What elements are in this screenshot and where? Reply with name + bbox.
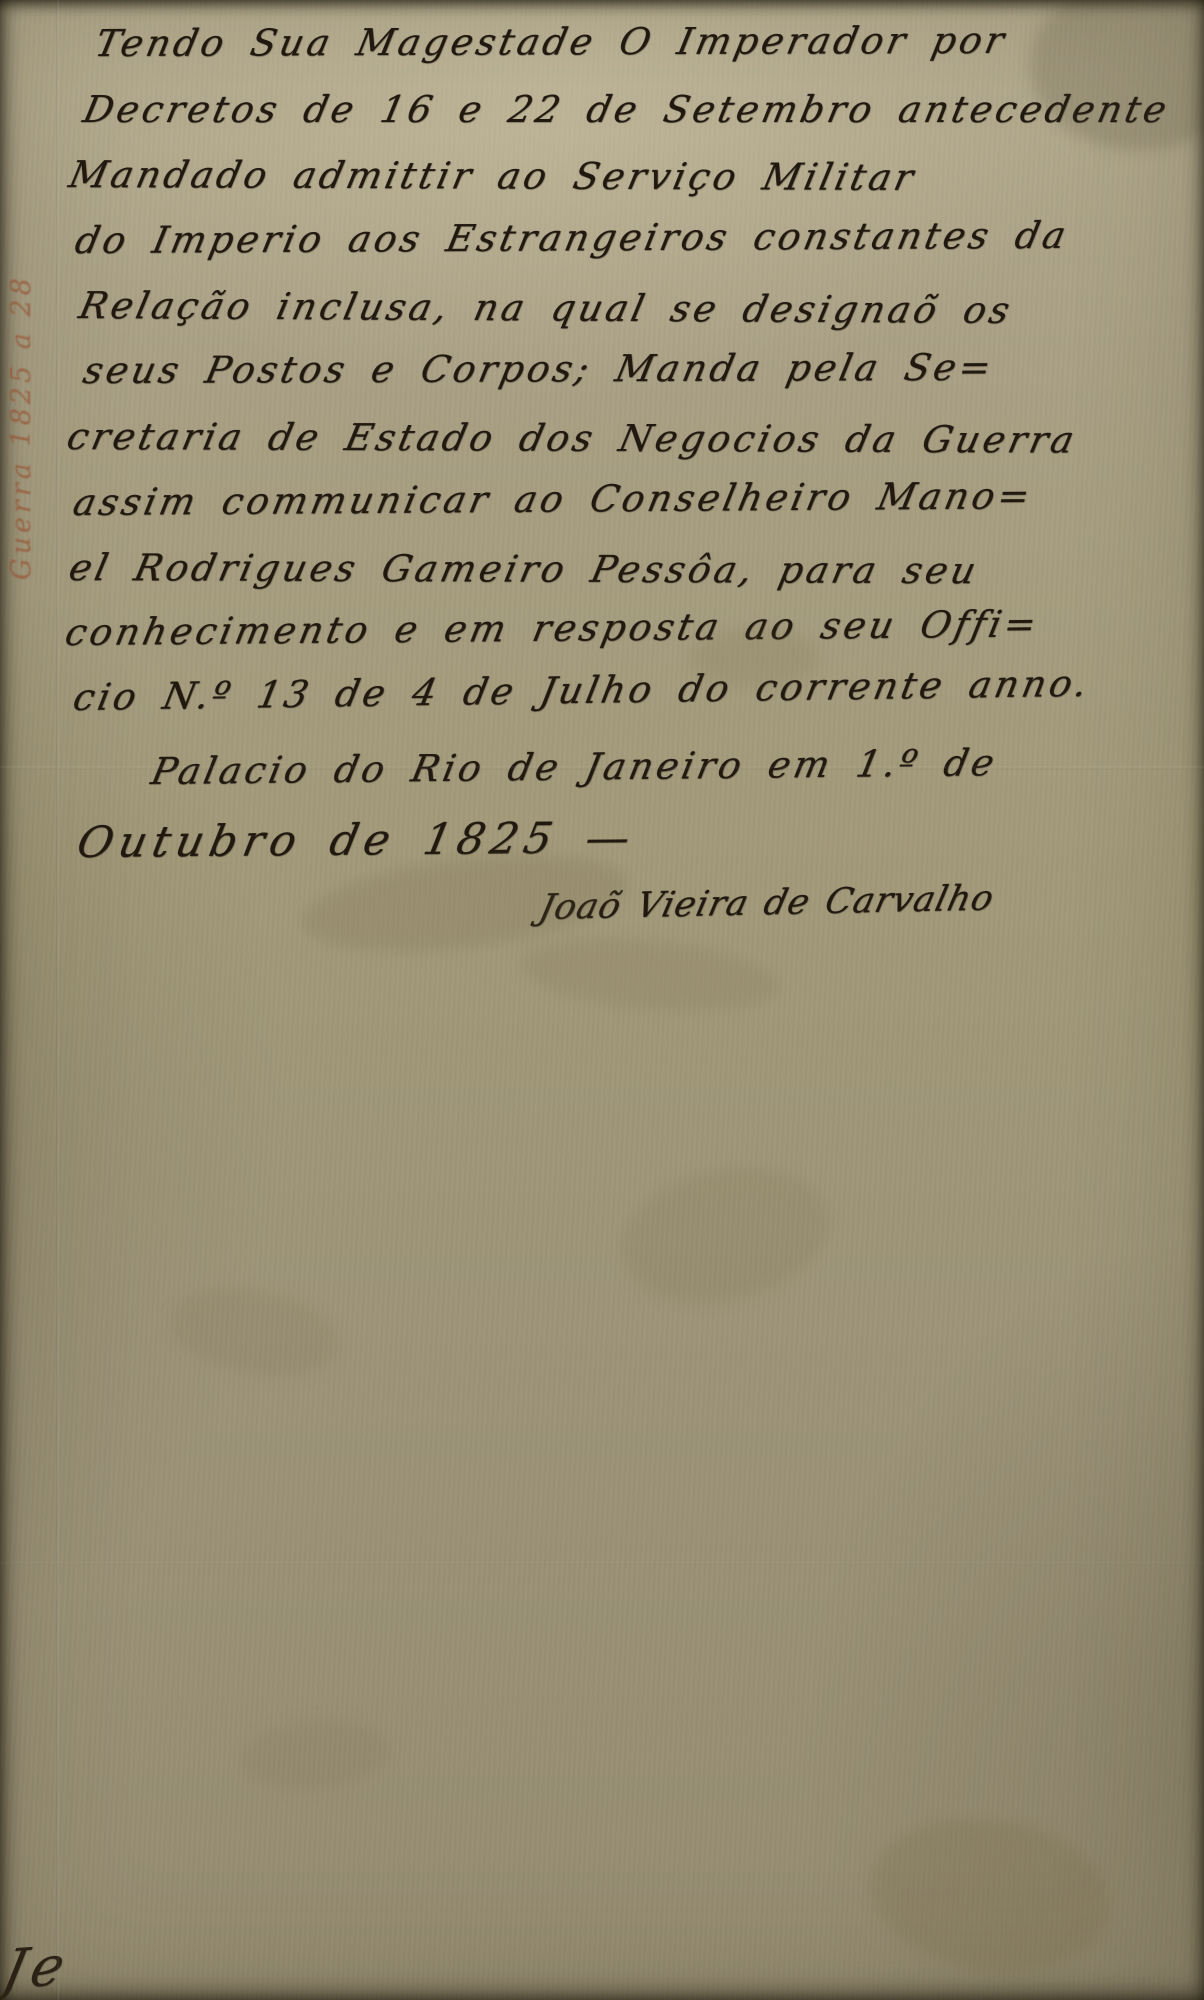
dateline-place: Palacio do Rio de Janeiro em 1.º de: [148, 741, 1002, 793]
manuscript-line: Tendo Sua Magestade O Imperador por: [92, 19, 1012, 65]
manuscript-line: do Imperio aos Estrangeiros constantes d…: [72, 214, 1073, 262]
paper-stain: [861, 1804, 1120, 1986]
manuscript-line: conhecimento e em resposta ao seu Offi=: [62, 602, 1044, 654]
manuscript-line: cio N.º 13 de 4 de Julho do corrente ann…: [70, 662, 1095, 719]
manuscript-page: Guerra 1825 a 28 Tendo Sua Magestade O I…: [0, 0, 1204, 2000]
paper-stain: [237, 1712, 393, 1797]
paper-stain: [609, 1150, 841, 1321]
dateline-date: Outubro de 1825 —: [73, 813, 640, 868]
horizontal-fold-crease: [0, 1562, 1204, 1565]
manuscript-line: cretaria de Estado dos Negocios da Guerr…: [63, 415, 1081, 461]
ink-showthrough-stain: [517, 929, 782, 1021]
paper-stain: [164, 1276, 346, 1389]
manuscript-line: el Rodrigues Gameiro Pessôa, para seu: [65, 546, 983, 592]
manuscript-line: assim communicar ao Conselheiro Mano=: [70, 474, 1037, 524]
signature: Joaõ Vieira de Carvalho: [535, 878, 998, 928]
manuscript-line: Mandado admittir ao Serviço Militar: [65, 153, 920, 199]
manuscript-line: Relação inclusa, na qual se designaõ os: [75, 284, 1017, 332]
margin-annotation: Guerra 1825 a 28: [6, 130, 37, 580]
manuscript-line: Decretos de 16 e 22 de Setembro antecede…: [79, 88, 1173, 131]
corner-mark: Je: [0, 1933, 76, 2000]
manuscript-line: seus Postos e Corpos; Manda pela Se=: [80, 346, 999, 392]
vertical-fold-crease: [56, 0, 59, 2000]
